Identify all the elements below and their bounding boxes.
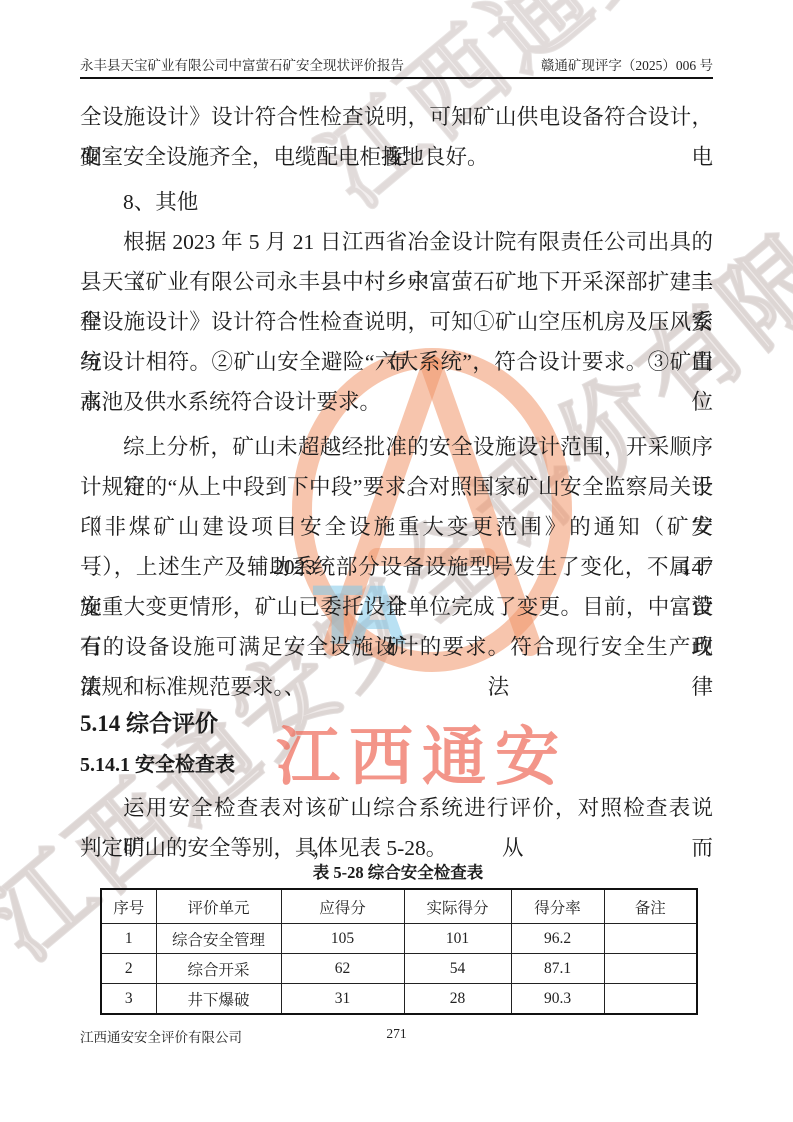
- header-doc-number: 赣通矿现评字（2025）006 号: [541, 54, 713, 74]
- body-line: 综上分析，矿山未超越经批准的安全设施设计范围，开采顺序符合设: [80, 427, 713, 467]
- cell-seq: 3: [101, 984, 156, 1015]
- body-line: 有的设备设施可满足安全设施设计的要求。符合现行安全生产政策、法律: [80, 627, 713, 667]
- cell-remark: [604, 954, 697, 984]
- cell-due-score: 31: [281, 984, 404, 1015]
- document-page: 江西通安安全评价有限公司 江西通安安全评价有限公司 TA 江西通安 永丰县天宝矿…: [0, 0, 793, 1122]
- cell-due-score: 105: [281, 924, 404, 954]
- col-header: 得分率: [511, 889, 604, 924]
- body-text-block-2: 运用安全检查表对该矿山综合系统进行评价，对照检查表说明，从而 判定矿山的安全等别…: [80, 788, 713, 868]
- cell-score-rate: 96.2: [511, 924, 604, 954]
- cell-score-rate: 90.3: [511, 984, 604, 1015]
- cell-remark: [604, 924, 697, 954]
- body-line: 计规定的“从上中段到下中段”要求。对照国家矿山安全监察局关于印发: [80, 467, 713, 507]
- table-header-row: 序号 评价单元 应得分 实际得分 得分率 备注: [101, 889, 697, 924]
- col-header: 备注: [604, 889, 697, 924]
- footer-page-number: 271: [80, 1026, 713, 1042]
- body-line: 与设计相符。②矿山安全避险“六大系统”，符合设计要求。③矿山高位: [80, 342, 713, 382]
- table-caption: 表 5-28 综合安全检查表: [100, 860, 696, 886]
- cell-score-rate: 87.1: [511, 954, 604, 984]
- table-row: 2 综合开采 62 54 87.1: [101, 954, 697, 984]
- col-header: 应得分: [281, 889, 404, 924]
- body-line: 8、其他: [80, 182, 713, 222]
- header-report-title: 永丰县天宝矿业有限公司中富萤石矿安全现状评价报告: [80, 54, 404, 74]
- col-header: 序号: [101, 889, 156, 924]
- section-heading-5-14: 5.14 综合评价: [80, 704, 218, 744]
- cell-unit: 综合开采: [156, 954, 281, 984]
- cell-actual-score: 54: [404, 954, 511, 984]
- page-header: 永丰县天宝矿业有限公司中富萤石矿安全现状评价报告 赣通矿现评字（2025）006…: [80, 50, 713, 74]
- body-text-block: 全设施设计》设计符合性检查说明，可知矿山供电设备符合设计，变配电 硐室安全设施齐…: [80, 97, 713, 707]
- body-line: 县天宝矿业有限公司永丰县中村乡中富萤石矿地下开采深部扩建工程安: [80, 262, 713, 302]
- body-line: 施重大变更情形，矿山已委托设计单位完成了变更。目前，中富萤石矿现: [80, 587, 713, 627]
- cell-seq: 1: [101, 924, 156, 954]
- col-header: 实际得分: [404, 889, 511, 924]
- cell-actual-score: 101: [404, 924, 511, 954]
- body-line: 运用安全检查表对该矿山综合系统进行评价，对照检查表说明，从而: [80, 788, 713, 828]
- body-line: 号），上述生产及辅助系统部分设备设施型号发生了变化，不属于安全设: [80, 547, 713, 587]
- col-header: 评价单元: [156, 889, 281, 924]
- cell-unit: 井下爆破: [156, 984, 281, 1015]
- cell-due-score: 62: [281, 954, 404, 984]
- header-divider: [80, 77, 713, 79]
- table-row: 1 综合安全管理 105 101 96.2: [101, 924, 697, 954]
- cell-remark: [604, 984, 697, 1015]
- body-line: 全设施设计》设计符合性检查说明，可知①矿山空压机房及压风系统布置: [80, 302, 713, 342]
- cell-actual-score: 28: [404, 984, 511, 1015]
- body-line: 全设施设计》设计符合性检查说明，可知矿山供电设备符合设计，变配电: [80, 97, 713, 137]
- page-footer: 江西通安安全评价有限公司 271: [80, 1026, 713, 1046]
- body-line: 根据 2023 年 5 月 21 日江西省冶金设计院有限责任公司出具的《永丰: [80, 222, 713, 262]
- cell-unit: 综合安全管理: [156, 924, 281, 954]
- body-line: 《非煤矿山建设项目安全设施重大变更范围》的通知（矿安〔2023〕147: [80, 507, 713, 547]
- safety-checklist-table: 序号 评价单元 应得分 实际得分 得分率 备注 1 综合安全管理 105 101…: [100, 888, 698, 1015]
- table-row: 3 井下爆破 31 28 90.3: [101, 984, 697, 1015]
- subsection-heading-5-14-1: 5.14.1 安全检查表: [80, 747, 235, 783]
- watermark-red-text: 江西通安: [276, 706, 568, 798]
- cell-seq: 2: [101, 954, 156, 984]
